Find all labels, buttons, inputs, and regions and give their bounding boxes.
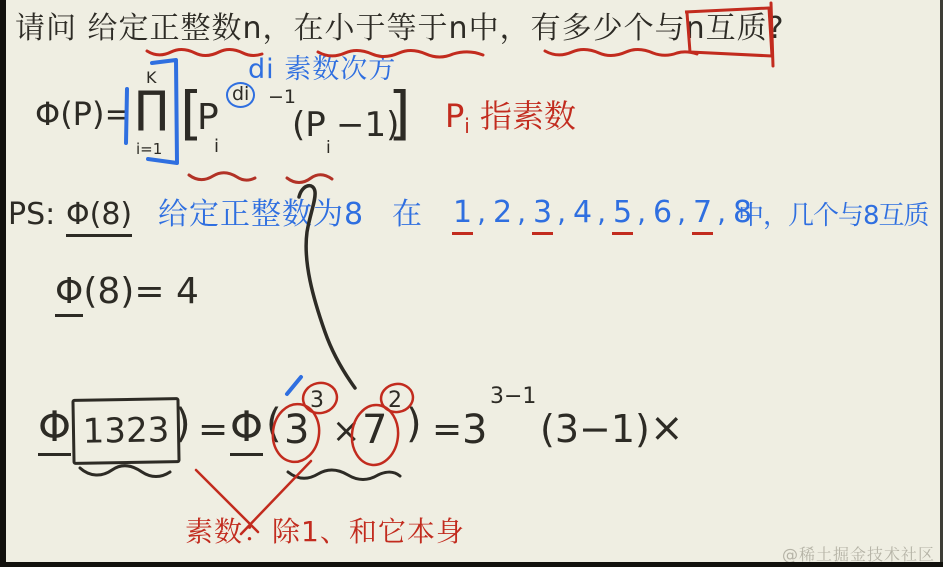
equation-close2: ) bbox=[406, 404, 422, 444]
blue-tick-mark bbox=[287, 377, 301, 394]
equation-eq2: = bbox=[432, 412, 462, 448]
watermark: @稀土掘金技术社区 bbox=[782, 547, 935, 563]
equation-base1: 3 bbox=[284, 410, 309, 450]
example-tail: 中，几个与8互质 bbox=[738, 203, 929, 229]
equation-result-base: 3 bbox=[462, 410, 487, 450]
whiteboard-frame: { "colors": { "background": "#efeee2", "… bbox=[0, 0, 943, 567]
factor-open: (P bbox=[292, 108, 326, 142]
number-separator: , bbox=[597, 199, 606, 227]
red-note-pi: Pi 指素数 bbox=[445, 100, 576, 136]
equation-open2: ( bbox=[266, 404, 282, 444]
equation-base2-exponent: 2 bbox=[388, 390, 402, 412]
phi8-result-rest: (8)= 4 bbox=[83, 271, 199, 312]
exponent-di-circled: di bbox=[226, 82, 255, 108]
formula-wavy-1 bbox=[189, 173, 255, 180]
factor-subscript: i bbox=[326, 140, 331, 157]
number-separator: , bbox=[557, 199, 566, 227]
prime-base-subscript: i bbox=[214, 138, 219, 156]
number-item: 3 bbox=[532, 198, 553, 235]
example-number-list: 1,2,3,4,5,6,7,8 bbox=[452, 198, 753, 235]
equation-result-exponent: 3−1 bbox=[490, 386, 536, 408]
phi-8-label: Φ(8) bbox=[66, 200, 132, 230]
number-separator: , bbox=[677, 199, 686, 227]
blue-note-di: di 素数次方 bbox=[248, 56, 396, 83]
number-item: 5 bbox=[612, 198, 633, 235]
number-item: 7 bbox=[692, 198, 713, 235]
number-separator: , bbox=[717, 199, 726, 227]
number-item: 2 bbox=[492, 198, 513, 228]
prime-base: P bbox=[197, 100, 219, 136]
wavy-under-factorization bbox=[288, 470, 400, 480]
underline-positive-integer bbox=[147, 49, 262, 55]
equation-times2: × bbox=[650, 408, 684, 448]
product-symbol: ∏ bbox=[135, 86, 168, 130]
prime-note: 素数：除1、和它本身 bbox=[185, 518, 465, 546]
phi8-result-phi: Φ bbox=[55, 271, 83, 317]
equation-base1-exponent: 3 bbox=[310, 390, 324, 412]
di-circle: di bbox=[226, 82, 255, 108]
equation-close1: ) bbox=[175, 404, 191, 444]
screen-edge-left bbox=[0, 0, 6, 567]
ps-label: PS: bbox=[8, 200, 55, 230]
number-item: 4 bbox=[572, 198, 593, 228]
underline-how-many bbox=[545, 49, 697, 55]
formula-lhs: Φ(P)= bbox=[35, 98, 131, 130]
boxed-1323: 1323 bbox=[71, 397, 180, 465]
number-item: 6 bbox=[652, 198, 673, 228]
equation-phi2-text: Φ bbox=[230, 402, 263, 456]
bracket-close: ] bbox=[388, 84, 411, 142]
phi8-result: Φ(8)= 4 bbox=[55, 274, 199, 310]
equation-base2: 7 bbox=[362, 410, 387, 450]
equation-phi1: Φ bbox=[38, 406, 71, 448]
number-item: 1 bbox=[452, 198, 473, 235]
equation-phi1-text: Φ bbox=[38, 402, 71, 456]
formula-wavy-2 bbox=[287, 175, 332, 183]
equation-times: × bbox=[332, 414, 361, 448]
number-separator: , bbox=[477, 199, 486, 227]
number-separator: , bbox=[517, 199, 526, 227]
equation-result-factor: (3−1) bbox=[540, 410, 650, 448]
equation-eq1: = bbox=[198, 412, 228, 448]
red-note-text: 指素数 bbox=[470, 97, 576, 135]
screen-edge-bottom bbox=[0, 562, 943, 567]
example-zai: 在 bbox=[392, 200, 422, 230]
wavy-under-1323 bbox=[80, 466, 170, 477]
product-lower-limit: i=1 bbox=[136, 142, 162, 157]
equation-phi2: Φ bbox=[230, 406, 263, 448]
phi-8-text: Φ(8) bbox=[66, 197, 132, 237]
example-given: 给定正整数为8 bbox=[158, 200, 364, 230]
number-separator: , bbox=[637, 199, 646, 227]
boxed-1323-text: 1323 bbox=[82, 410, 169, 452]
question-line: 请问 给定正整数n，在小于等于n中，有多少个与n互质? bbox=[15, 14, 785, 44]
red-note-p: P bbox=[445, 97, 464, 135]
